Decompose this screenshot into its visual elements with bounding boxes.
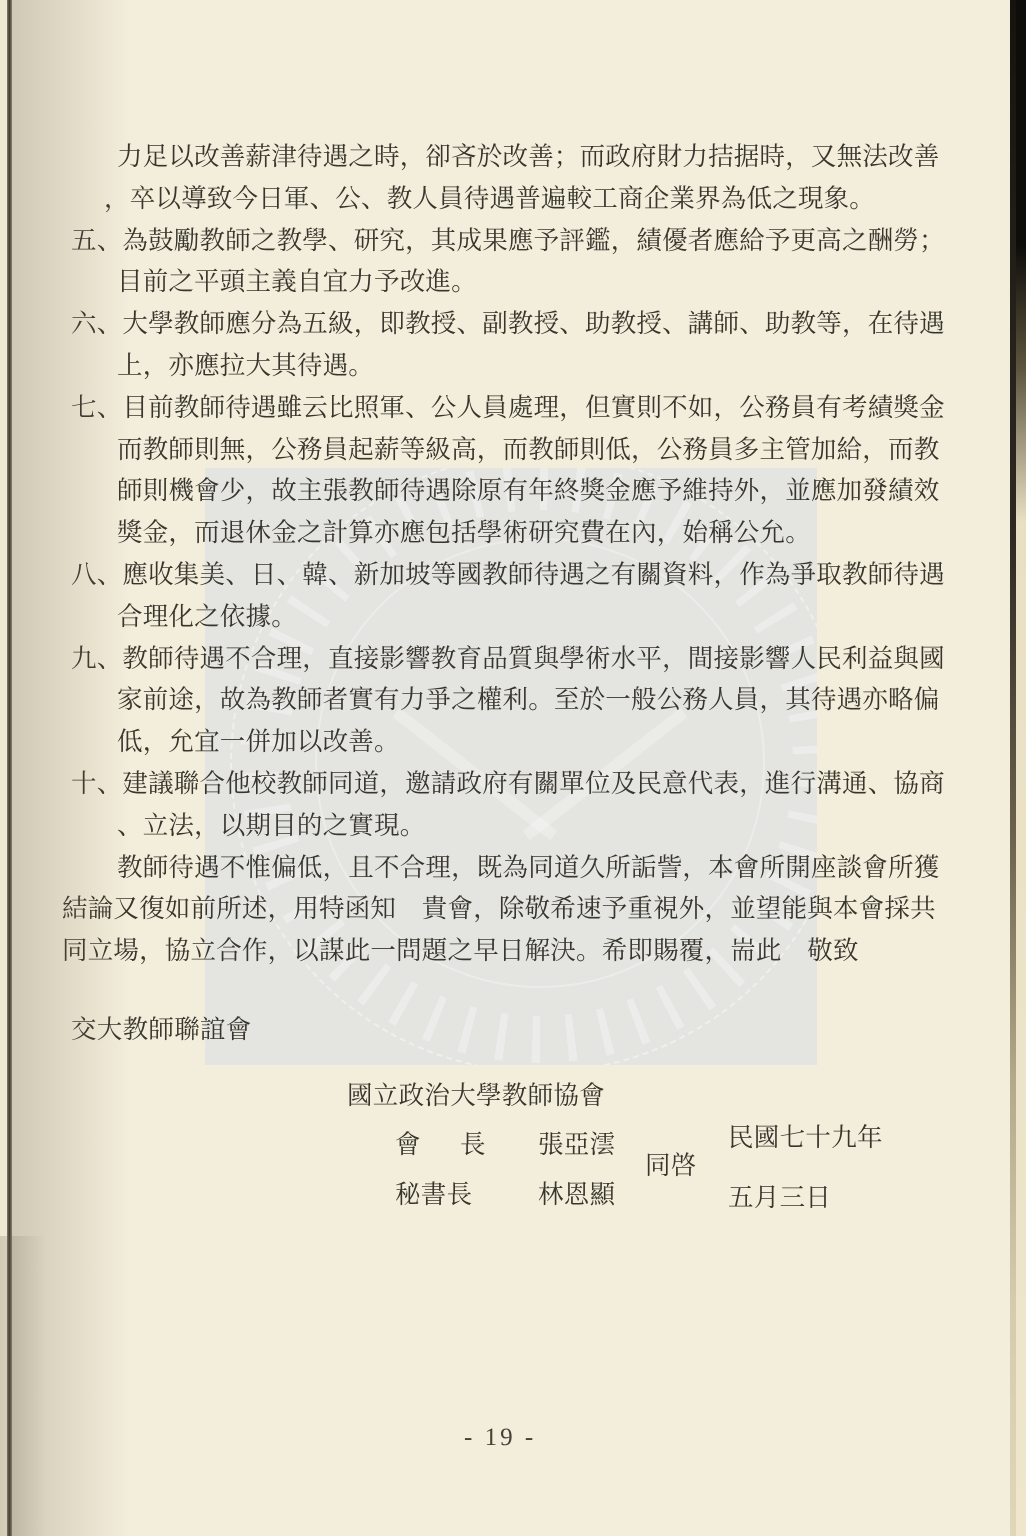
jointly-signed-label: 同啓: [645, 1146, 697, 1182]
body-line: 合理化之依據。: [117, 600, 297, 633]
body-line-item-7: 七、目前教師待遇雖云比照軍、公人員處理，但實則不如，公務員有考績獎金: [71, 391, 945, 424]
body-line-item-5: 五、為鼓勵教師之教學、研究，其成果應予評鑑，績優者應給予更高之酬勞；: [71, 224, 945, 257]
body-line: ，卒以導致今日軍、公、教人員待遇普遍較工商企業界為低之現象。: [104, 182, 875, 215]
secretary-name: 林恩顯: [538, 1175, 615, 1211]
body-line: 目前之平頭主義自宜力予改進。: [117, 265, 477, 298]
body-line: 力足以改善薪津待遇之時，卻吝於改善；而政府財力拮据時，又無法改善: [117, 140, 939, 173]
page-right-edge-outer: [1016, 0, 1026, 1536]
body-line-closing-paragraph: 結論又復如前所述，用特函知 貴會，除敬希速予重視外，並望能與本會採共: [62, 892, 936, 925]
body-line-closing-paragraph: 同立場，協立合作，以謀此一問題之早日解決。希即賜覆，耑此 敬致: [62, 934, 859, 967]
date-day: 五月三日: [728, 1178, 831, 1214]
body-line-item-9: 九、教師待遇不合理，直接影響教育品質與學術水平，間接影響人民利益與國: [71, 642, 945, 675]
body-line: 而教師則無，公務員起薪等級高，而教師則低，公務員多主管加給，而教: [117, 433, 939, 466]
body-line: 、立法，以期目的之實現。: [117, 809, 425, 842]
president-name: 張亞澐: [538, 1125, 615, 1161]
page-number: - 19 -: [464, 1424, 536, 1452]
body-line: 低，允宜一併加以改善。: [117, 725, 400, 758]
secretary-title: 秘書長: [395, 1175, 472, 1211]
body-line: 家前途，故為教師者實有力爭之權利。至於一般公務人員，其待遇亦略偏: [117, 683, 939, 716]
body-line: 師則機會少，故主張教師待遇除原有年終獎金應予維持外，並應加發績效: [117, 474, 939, 507]
president-title: 會 長: [395, 1125, 493, 1161]
body-line-item-8: 八、應收集美、日、韓、新加坡等國教師待遇之有關資料，作為爭取教師待遇: [71, 558, 945, 591]
page-corner-shade: [0, 1236, 46, 1536]
date-year: 民國七十九年: [728, 1118, 883, 1154]
body-line-item-10: 十、建議聯合他校教師同道，邀請政府有關單位及民意代表，進行溝通、協商: [71, 767, 945, 800]
body-line: 上，亦應拉大其待遇。: [117, 349, 374, 382]
scanned-document-page: 力足以改善薪津待遇之時，卻吝於改善；而政府財力拮据時，又無法改善 ，卒以導致今日…: [0, 0, 1026, 1536]
body-line-item-6: 六、大學教師應分為五級，即教授、副教授、助教授、講師、助教等，在待遇: [71, 307, 945, 340]
body-line: 獎金，而退休金之計算亦應包括學術研究費在內，始稱公允。: [117, 516, 811, 549]
sender-organization: 國立政治大學教師協會: [347, 1076, 605, 1112]
body-line-closing-paragraph: 教師待遇不惟偏低，且不合理，既為同道久所詬訾，本會所開座談會所獲: [117, 851, 939, 884]
